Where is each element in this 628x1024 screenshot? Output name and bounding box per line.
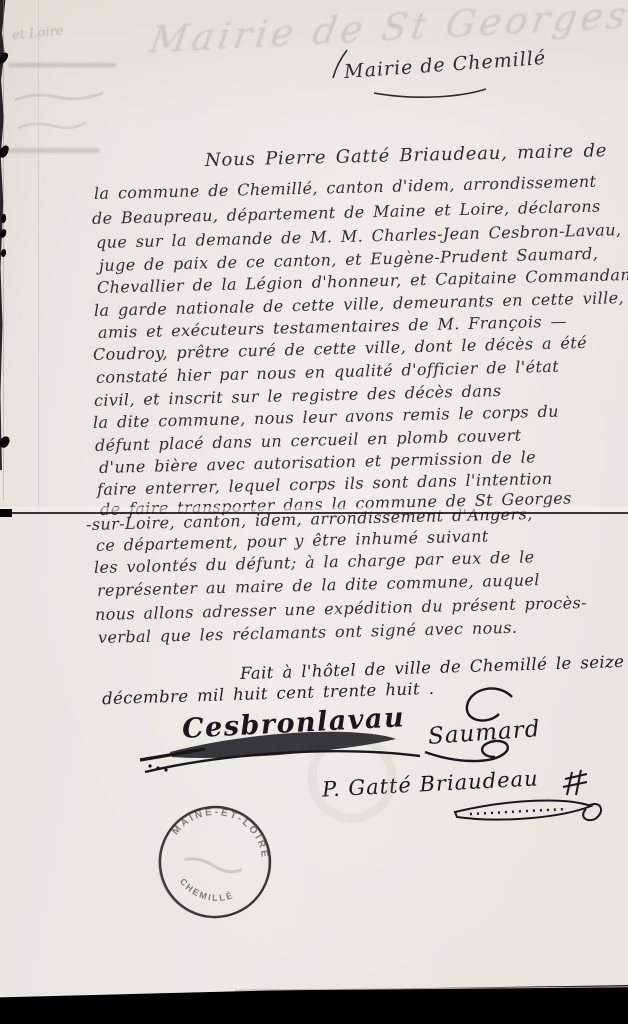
smudge-mark <box>8 148 100 153</box>
mairie-stamp: MAINE-ET-LOIRE CHEMILLÉ <box>145 792 285 932</box>
vertical-fold-line <box>38 0 39 505</box>
smudge-mark <box>8 63 116 67</box>
document-scan: Mairie de St Georges les et Loire Mairie… <box>0 0 628 1024</box>
stamp-arc-top-text: MAINE-ET-LOIRE <box>169 795 280 863</box>
stamp-arc-bottom-text: CHEMILLÉ <box>175 875 238 910</box>
fold-crease-end <box>0 509 12 517</box>
svg-text:MAINE-ET-LOIRE: MAINE-ET-LOIRE <box>169 795 280 863</box>
svg-text:CHEMILLÉ: CHEMILLÉ <box>175 875 238 910</box>
fold-crease-line <box>0 512 628 514</box>
